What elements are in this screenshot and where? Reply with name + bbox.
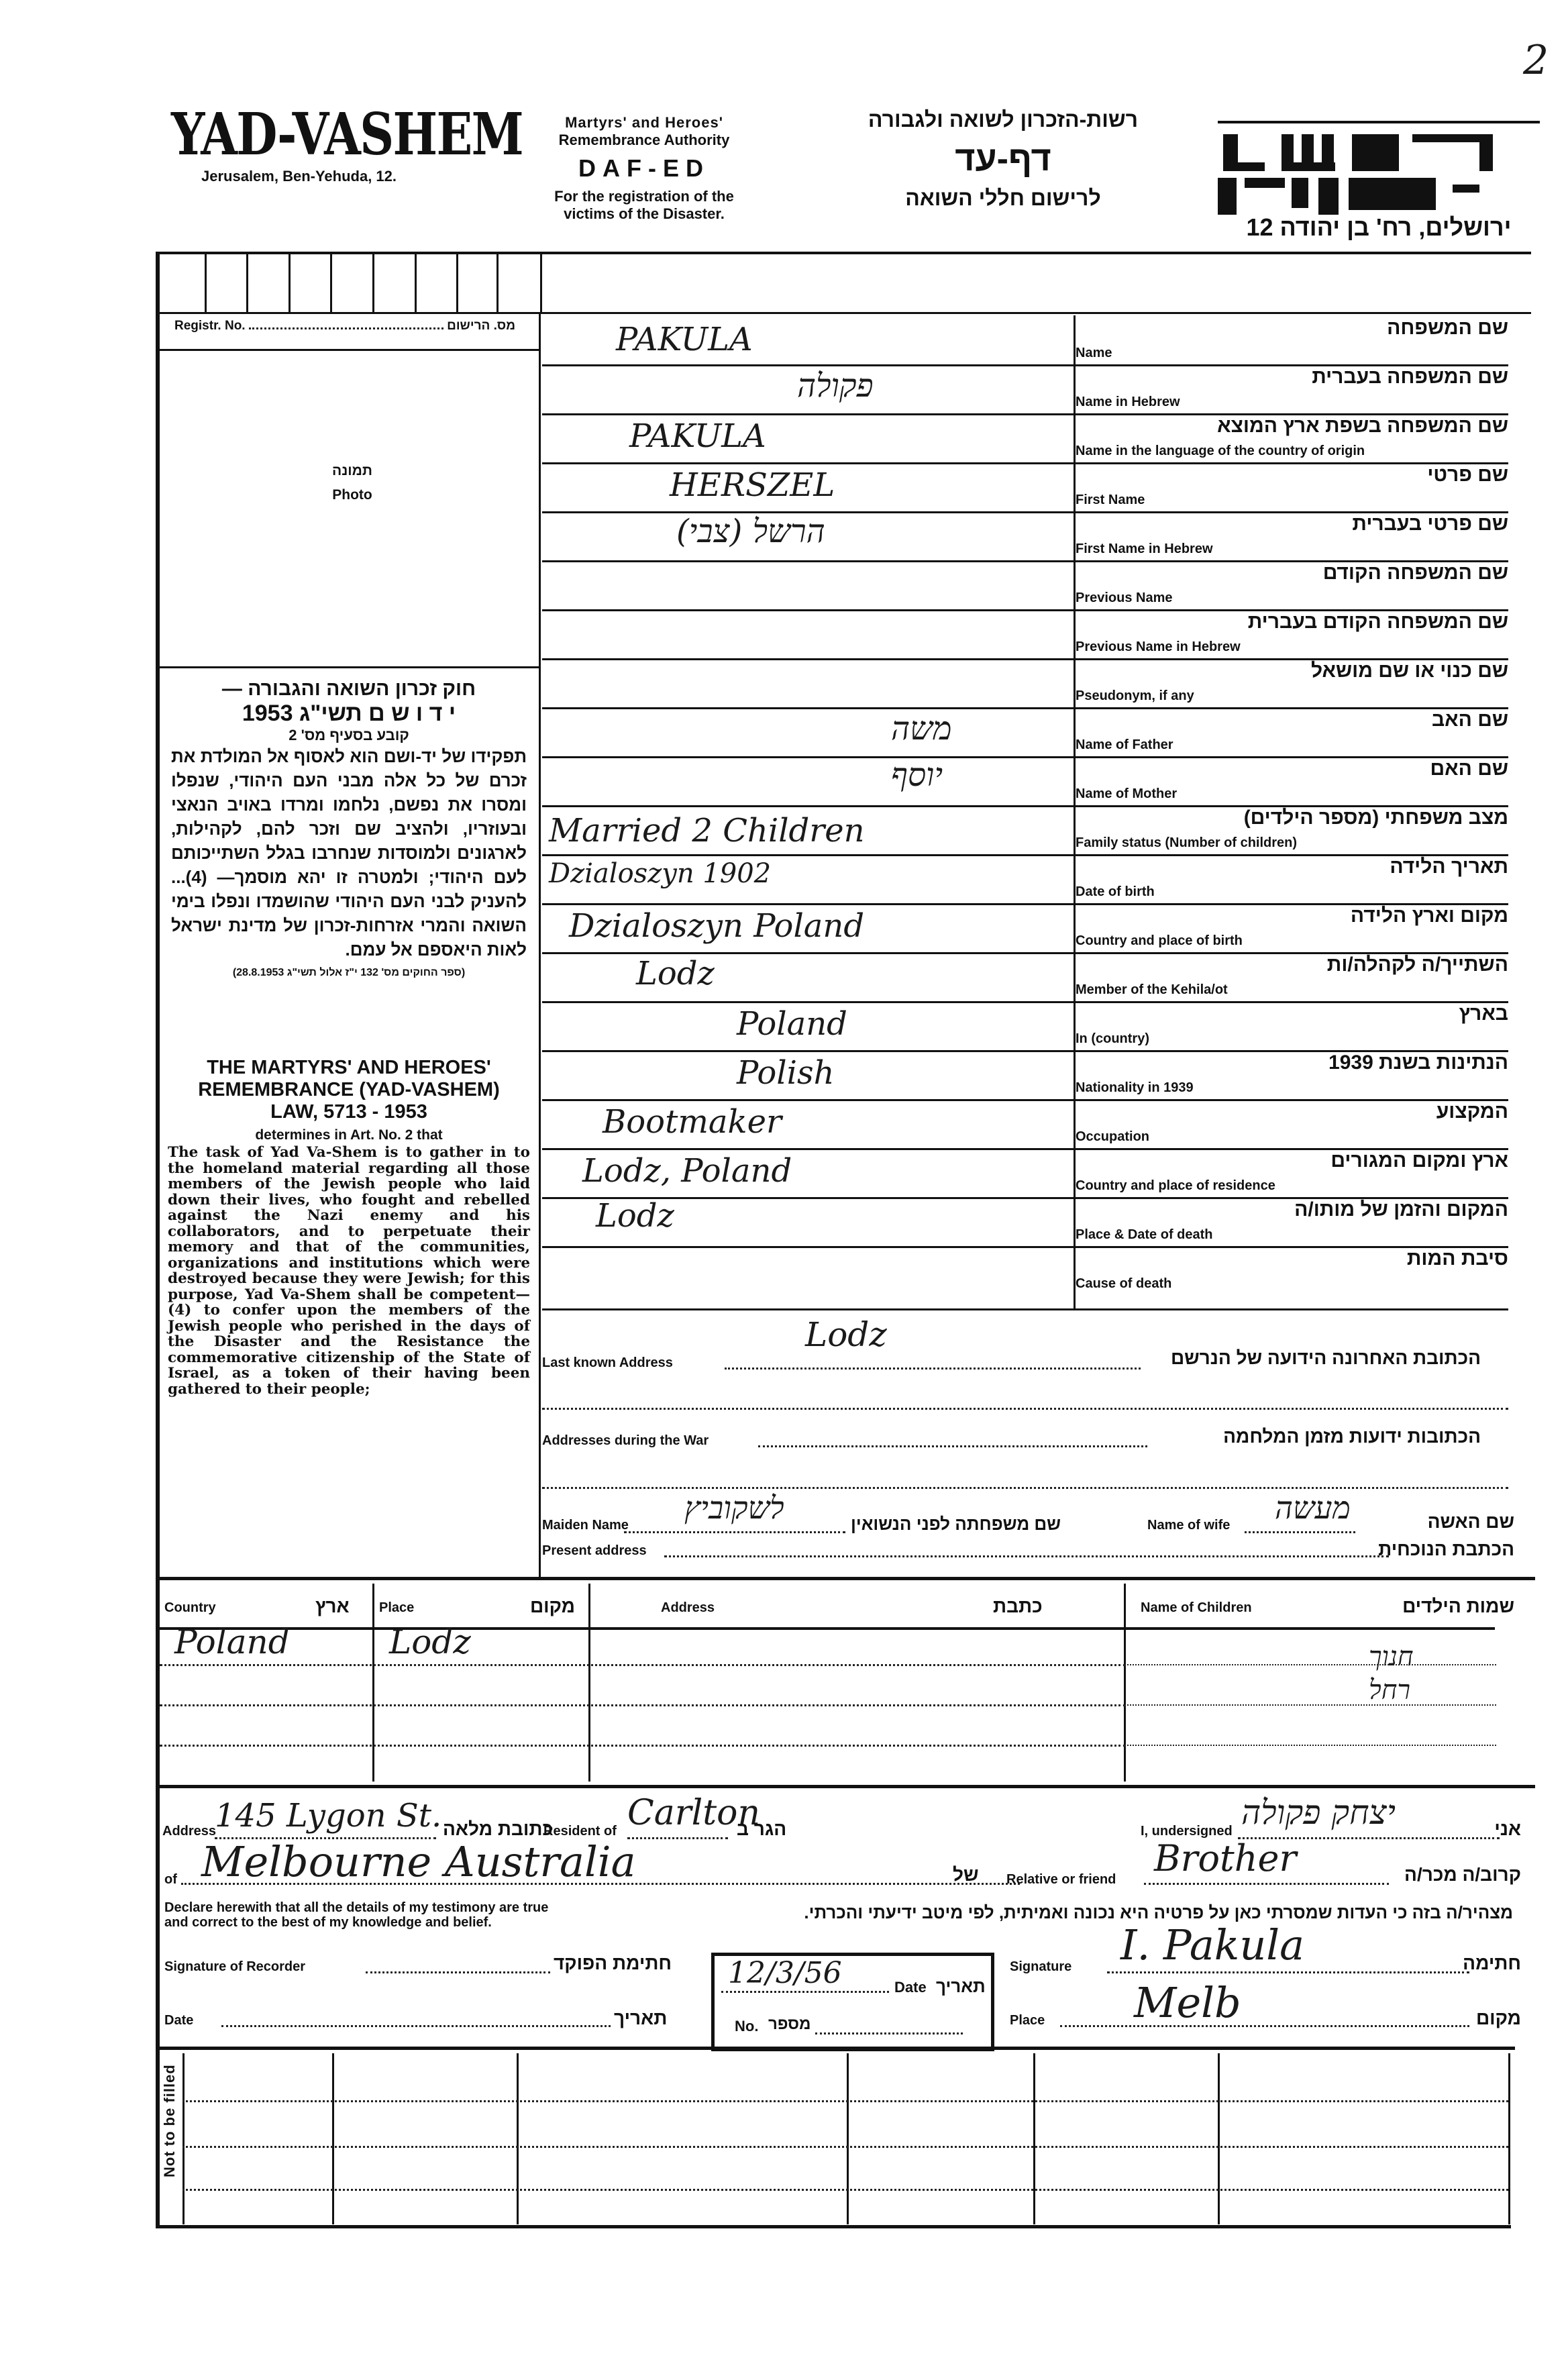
- field-label: Name in Hebrew: [1076, 395, 1180, 410]
- field-label-he: ארץ ומקום המגורים: [1330, 1149, 1508, 1172]
- field-label: Previous Name: [1076, 590, 1173, 606]
- field-label-he: שם המשפחה הקודם: [1323, 562, 1508, 584]
- field-label: Date of birth: [1076, 884, 1155, 900]
- field-family-name-origin[interactable]: PAKULA Name in the language of the count…: [542, 413, 1508, 462]
- field-label-he: מקום וארץ הלידה: [1351, 905, 1508, 927]
- box-number-label: No.: [735, 2018, 758, 2035]
- declarant-of-label: of: [164, 1872, 177, 1888]
- form-title: DAF-ED: [517, 154, 772, 183]
- declaration-text: Declare herewith that all the details of…: [164, 1900, 567, 1930]
- law-title: THE MARTYRS' AND HEROES': [168, 1057, 530, 1079]
- law-body: The task of Yad Va-Shem is to gather in …: [168, 1145, 530, 1397]
- authority-line: Martyrs' and Heroes': [517, 114, 772, 132]
- box-number-label-he: מספר: [768, 2015, 811, 2034]
- field-family-name[interactable]: PAKULA Name שם המשפחה: [542, 315, 1508, 364]
- field-label: Name: [1076, 346, 1112, 361]
- last-known-address-value[interactable]: Lodz: [805, 1315, 887, 1354]
- wife-name-label: Name of wife: [1147, 1518, 1230, 1533]
- law-subtitle-he: קובע בסעיף מס' 2: [171, 727, 527, 744]
- field-label: Nationality in 1939: [1076, 1080, 1194, 1096]
- field-family-name-hebrew[interactable]: פקולה Name in Hebrew שם המשפחה בעברית: [542, 364, 1508, 413]
- field-previous-name[interactable]: Previous Name שם המשפחה הקודם: [542, 560, 1508, 609]
- address-line[interactable]: [542, 1408, 1508, 1410]
- authority-line: victims of the Disaster.: [517, 205, 772, 223]
- field-date-of-birth[interactable]: Dzialoszyn 1902 Date of birth תאריך הליד…: [542, 854, 1508, 903]
- last-known-address-label: Last known Address: [542, 1355, 673, 1371]
- declarant-of-value[interactable]: Melbourne Australia: [201, 1837, 636, 1886]
- place-value[interactable]: Melb: [1134, 1978, 1241, 2027]
- col-header-address: Address: [661, 1600, 715, 1616]
- law-subtitle: determines in Art. No. 2 that: [168, 1127, 530, 1143]
- field-value[interactable]: Dzialoszyn 1902: [549, 858, 771, 889]
- field-label: Occupation: [1076, 1129, 1149, 1145]
- field-label: In (country): [1076, 1031, 1149, 1047]
- field-value[interactable]: הרשל (צבי): [676, 513, 825, 550]
- child-country-cell[interactable]: Poland: [174, 1622, 290, 1661]
- field-label-he: תאריך הלידה: [1390, 856, 1508, 878]
- recorder-signature-label-he: חתימת הפוקד: [554, 1953, 672, 1974]
- field-label: First Name: [1076, 493, 1145, 508]
- section-rule: [160, 1785, 1535, 1788]
- page-number: 2: [1523, 37, 1549, 84]
- field-label: First Name in Hebrew: [1076, 542, 1213, 557]
- field-first-name[interactable]: HERSZEL First Name שם פרטי: [542, 462, 1508, 511]
- field-value[interactable]: Bootmaker: [603, 1103, 782, 1141]
- authority-block-en: Martyrs' and Heroes' Remembrance Authori…: [517, 114, 772, 223]
- signature-label: Signature: [1010, 1959, 1072, 1975]
- law-body-he: תפקידו של יד-ושם הוא לאסוף אל המולדת את …: [171, 744, 527, 962]
- child-name-cell[interactable]: חנוך: [1369, 1641, 1414, 1672]
- authority-line: For the registration of the: [517, 188, 772, 205]
- photo-placeholder: תמונה Photo: [268, 463, 436, 503]
- address-line[interactable]: [542, 1487, 1508, 1489]
- field-previous-name-hebrew[interactable]: Previous Name in Hebrew שם המשפחה הקודם …: [542, 609, 1508, 658]
- field-label: Member of the Kehila/ot: [1076, 982, 1228, 998]
- field-label-he: השתייך/ה לקהלה/ות: [1327, 953, 1508, 976]
- section-rule: [160, 1577, 1535, 1580]
- frame-left-border: [156, 252, 160, 2228]
- child-name-cell[interactable]: רחל: [1369, 1674, 1410, 1706]
- recorder-date-label-he: תאריך: [614, 2008, 667, 2029]
- field-label-he: שם המשפחה הקודם בעברית: [1248, 611, 1508, 633]
- recorder-date-label: Date: [164, 2013, 193, 2028]
- law-title: REMEMBRANCE (YAD-VASHEM): [168, 1079, 530, 1101]
- field-label-he: המקצוע: [1436, 1100, 1508, 1123]
- field-mother-name[interactable]: יוסף Name of Mother שם האם: [542, 756, 1508, 805]
- col-header-address-he: כתבת: [993, 1596, 1043, 1617]
- field-value[interactable]: HERSZEL: [670, 466, 835, 504]
- law-text-he: חוק זכרון השואה והגבורה — י ד ו ש ם תשי"…: [171, 678, 527, 979]
- col-header-place-he: מקום: [530, 1596, 575, 1617]
- field-label-he: הנתינות בשנת 1939: [1328, 1051, 1508, 1074]
- registration-number-field[interactable]: Registr. No. מס. הרישום: [174, 319, 517, 333]
- not-to-be-filled-label: Not to be filled: [161, 2064, 178, 2177]
- field-kehila[interactable]: Lodz Member of the Kehila/ot השתייך/ה לק…: [542, 952, 1508, 1001]
- field-occupation[interactable]: Bootmaker Occupation המקצוע: [542, 1099, 1508, 1148]
- field-value[interactable]: Lodz, Poland: [582, 1152, 792, 1190]
- field-label: Name in the language of the country of o…: [1076, 444, 1365, 459]
- address-he: ירושלים, רח' בן יהודה 12: [1221, 213, 1536, 242]
- box-date-label-he: תאריך: [936, 1976, 986, 1997]
- field-value[interactable]: PAKULA: [616, 321, 753, 358]
- last-known-address-label-he: הכתובת האחרונה הידועה של הנרשם: [1171, 1347, 1481, 1369]
- field-label: Previous Name in Hebrew: [1076, 639, 1241, 655]
- place-label: Place: [1010, 2013, 1045, 2028]
- field-in-country[interactable]: Poland In (country) בארץ: [542, 1001, 1508, 1050]
- place-label-he: מקום: [1476, 2008, 1521, 2029]
- frame-top-rule: [156, 252, 1531, 254]
- date-number-box: 12/3/56 Date תאריך No. מספר: [711, 1953, 994, 2051]
- yad-vashem-logo: YAD-VASHEM: [171, 101, 523, 168]
- address-en: Jerusalem, Ben-Yehuda, 12.: [201, 168, 397, 185]
- registration-number-label: Registr. No.: [174, 319, 246, 333]
- wife-name-label-he: שם האשה: [1428, 1511, 1514, 1533]
- col-header-place: Place: [379, 1600, 414, 1616]
- field-label-he: בארץ: [1459, 1002, 1508, 1025]
- relative-label-he: קרוב/ה מכר/ה: [1404, 1864, 1521, 1886]
- field-father-name[interactable]: משה Name of Father שם האב: [542, 707, 1508, 756]
- authority-block-he: רשות-הזכרון לשואה ולגבורה דף-עד לרישום ח…: [825, 107, 1181, 211]
- section-rule: [160, 2047, 1515, 2050]
- field-label: Family status (Number of children): [1076, 835, 1297, 851]
- law-text-en: THE MARTYRS' AND HEROES' REMEMBRANCE (YA…: [168, 1057, 530, 1397]
- field-value[interactable]: Lodz: [596, 1197, 674, 1235]
- declaration-text-he: מצהיר/ה בזה כי העדות שמסרתי כאן על פרטיה…: [577, 1902, 1513, 1923]
- field-family-status[interactable]: Married 2 Children Family status (Number…: [542, 805, 1508, 854]
- field-place-of-birth[interactable]: Dzialoszyn Poland Country and place of b…: [542, 903, 1508, 952]
- field-value[interactable]: יוסף: [891, 756, 943, 794]
- field-pseudonym[interactable]: Pseudonym, if any שם כנוי או שם מושאל: [542, 658, 1508, 707]
- field-residence[interactable]: Lodz, Poland Country and place of reside…: [542, 1148, 1508, 1197]
- field-value[interactable]: PAKULA: [629, 417, 766, 455]
- rule: [160, 666, 539, 668]
- authority-line-he: רשות-הזכרון לשואה ולגבורה: [825, 107, 1181, 132]
- field-label: Name of Father: [1076, 737, 1173, 753]
- field-label-he: סיבת המות: [1407, 1247, 1508, 1270]
- frame-rule: [156, 312, 1531, 314]
- authority-line-he: לרישום חללי השואה: [825, 186, 1181, 211]
- field-label: Country and place of residence: [1076, 1178, 1275, 1194]
- field-label-he: שם פרטי: [1427, 464, 1508, 486]
- rule: [160, 349, 539, 351]
- field-label: Pseudonym, if any: [1076, 688, 1194, 704]
- left-column-divider: [539, 312, 541, 1577]
- box-date-value[interactable]: 12/3/56: [728, 1956, 842, 1990]
- authority-line: Remembrance Authority: [517, 132, 772, 149]
- field-label-he: שם המשפחה בשפת ארץ המוצא: [1217, 415, 1508, 437]
- field-label-he: שם המשפחה בעברית: [1312, 366, 1508, 389]
- field-label-he: שם האם: [1430, 758, 1508, 780]
- field-nationality-1939[interactable]: Polish Nationality in 1939 הנתינות בשנת …: [542, 1050, 1508, 1099]
- field-value[interactable]: Dzialoszyn Poland: [569, 907, 864, 945]
- field-label-he: המקום והזמן של מותו/ה: [1294, 1198, 1508, 1221]
- recorder-signature-label: Signature of Recorder: [164, 1959, 305, 1975]
- field-value[interactable]: Poland: [737, 1005, 847, 1043]
- law-title: LAW, 5713 - 1953: [168, 1101, 530, 1123]
- present-address-label: Present address: [542, 1543, 647, 1559]
- field-label-he: שם פרטי בעברית: [1352, 513, 1508, 535]
- child-place-cell[interactable]: Lodz: [389, 1622, 471, 1661]
- form-title-he: דף-עד: [825, 139, 1181, 179]
- declarant-of-label-he: של: [953, 1864, 979, 1886]
- field-cause-of-death[interactable]: Cause of death סיבת המות: [542, 1246, 1508, 1295]
- yad-vashem-logo-he: [1218, 121, 1540, 218]
- resident-of-label-he: הגר ב: [737, 1818, 786, 1840]
- maiden-name-label-he: שם משפחתה לפני הנשואין: [851, 1514, 1061, 1535]
- field-label: Country and place of birth: [1076, 933, 1243, 949]
- relative-value[interactable]: Brother: [1154, 1837, 1296, 1879]
- field-place-date-death[interactable]: Lodz Place & Date of death המקום והזמן ש…: [542, 1197, 1508, 1246]
- field-value[interactable]: משה: [891, 710, 952, 747]
- field-value[interactable]: פקולה: [797, 367, 874, 405]
- box-date-label: Date: [894, 1979, 927, 1996]
- field-label-he: מצב משפחתי (מספר הילדים): [1244, 807, 1508, 829]
- law-title-he: חוק זכרון השואה והגבורה —: [171, 678, 527, 701]
- col-header-country: Country: [164, 1600, 216, 1616]
- field-label-he: שם האב: [1432, 709, 1508, 731]
- declarant-address-value[interactable]: 145 Lygon St.: [215, 1797, 441, 1835]
- present-address-label-he: הכתבת הנוכחית: [1378, 1539, 1514, 1560]
- field-value[interactable]: Lodz: [636, 955, 715, 992]
- col-header-children-he: שמות הילדים: [1402, 1596, 1514, 1617]
- undersigned-label-he: אני: [1494, 1818, 1521, 1840]
- field-label: Name of Mother: [1076, 786, 1177, 802]
- law-title-he: י ד ו ש ם תשי"ג 1953: [171, 701, 527, 727]
- addresses-during-war-label-he: הכתובות ידועות מזמן המלחמה: [1223, 1426, 1481, 1447]
- signature-value[interactable]: I. Pakula: [1120, 1920, 1304, 1969]
- field-value[interactable]: Polish: [737, 1054, 835, 1092]
- law-citation-he: (ספר החוקים מס' 132 י"ז אלול תשי"ג 28.8.…: [171, 967, 527, 979]
- field-first-name-hebrew[interactable]: הרשל (צבי) First Name in Hebrew שם פרטי …: [542, 511, 1508, 560]
- wife-name-value[interactable]: מעשה: [1275, 1490, 1351, 1526]
- registration-number-label-he: מס. הרישום: [447, 319, 515, 333]
- col-header-country-he: ארץ: [315, 1596, 350, 1617]
- field-label-he: שם המשפחה: [1387, 317, 1508, 340]
- relative-label: Relative or friend: [1006, 1872, 1116, 1888]
- signature-label-he: חתימה: [1463, 1953, 1521, 1974]
- field-label: Cause of death: [1076, 1276, 1171, 1292]
- box-number-input[interactable]: [815, 2032, 963, 2034]
- photo-label-he: תמונה: [268, 463, 436, 479]
- maiden-name-label: Maiden Name: [542, 1518, 629, 1533]
- photo-label: Photo: [268, 487, 436, 503]
- undersigned-value[interactable]: יצחק פקולה: [1241, 1793, 1396, 1832]
- field-value[interactable]: Married 2 Children: [549, 812, 865, 849]
- field-label-he: שם כנוי או שם מושאל: [1311, 660, 1508, 682]
- field-label: Place & Date of death: [1076, 1227, 1213, 1243]
- col-header-children: Name of Children: [1141, 1600, 1252, 1616]
- addresses-during-war-label: Addresses during the War: [542, 1433, 709, 1449]
- maiden-name-value[interactable]: לשקוביץ: [684, 1490, 784, 1526]
